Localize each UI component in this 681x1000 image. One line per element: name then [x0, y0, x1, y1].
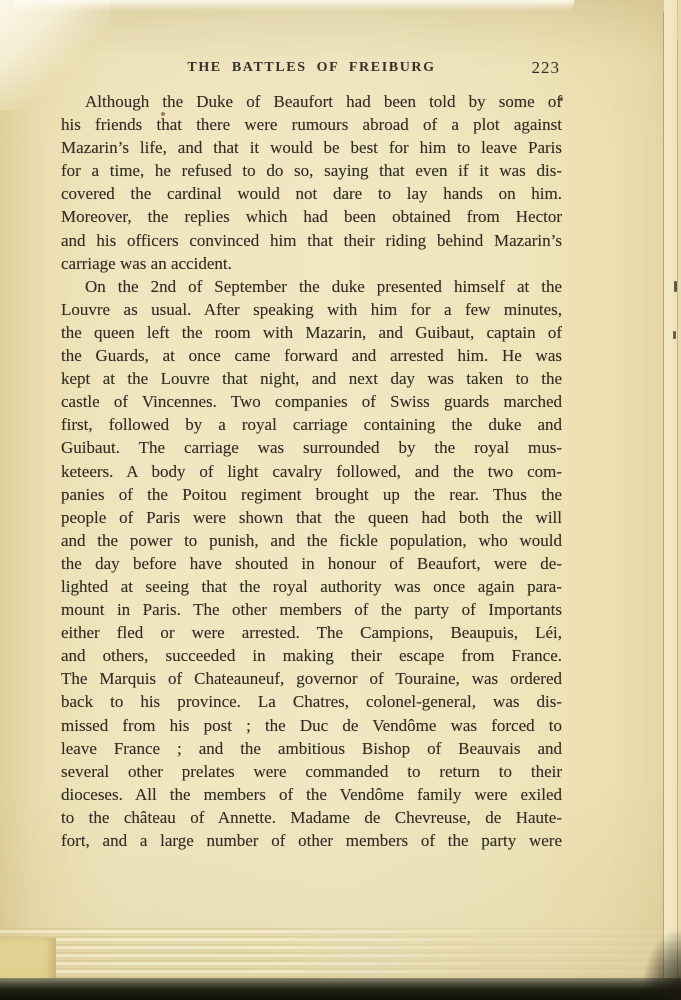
text-line: carriage was an accident.: [61, 252, 562, 275]
text-line: people of Paris were shown that the quee…: [61, 506, 562, 529]
text-line: Guibaut. The carriage was surrounded by …: [61, 436, 562, 459]
text-line: panies of the Poitou regiment brought up…: [61, 483, 562, 506]
text-line: The Marquis of Chateauneuf, governor of …: [61, 667, 562, 690]
text-line: kept at the Louvre that night, and next …: [61, 367, 562, 390]
text-line: On the 2nd of September the duke present…: [61, 275, 562, 298]
page-right-edge-line: [663, 12, 664, 982]
text-line: first, followed by a royal carriage cont…: [61, 413, 562, 436]
text-line: Moreover, the replies which had been obt…: [61, 205, 562, 228]
text-line: lighted at seeing that the royal authori…: [61, 575, 562, 598]
text-line: either fled or were arrested. The Campio…: [61, 621, 562, 644]
text-line: leave France ; and the ambitious Bishop …: [61, 737, 562, 760]
page-header: THE BATTLES OF FREIBURG 223: [61, 60, 562, 80]
text-line: several other prelates were commanded to…: [61, 760, 562, 783]
text-line: to the château of Annette. Madame de Che…: [61, 806, 562, 829]
text-line: and his officers convinced him that thei…: [61, 229, 562, 252]
running-title: THE BATTLES OF FREIBURG: [61, 60, 562, 76]
text-line: mount in Paris. The other members of the…: [61, 598, 562, 621]
body-text: Although the Duke of Beaufort had been t…: [61, 90, 562, 852]
scanned-book-page: THE BATTLES OF FREIBURG 223 Although the…: [0, 0, 681, 1000]
text-line: dioceses. All the members of the Vendôme…: [61, 783, 562, 806]
page-top-edge-highlight: [14, 0, 574, 11]
text-line: fort, and a large number of other member…: [61, 829, 562, 852]
text-line: the Guards, at once came forward and arr…: [61, 344, 562, 367]
text-line: his friends that there were rumours abro…: [61, 113, 562, 136]
margin-mark: [674, 281, 677, 292]
page-right-edge-strip: [664, 0, 677, 988]
text-line: the queen left the room with Mazarin, an…: [61, 321, 562, 344]
text-line: Louvre as usual. After speaking with him…: [61, 298, 562, 321]
text-line: back to his province. La Chatres, colone…: [61, 690, 562, 713]
text-line: Although the Duke of Beaufort had been t…: [61, 90, 562, 113]
book-cover-edge: [0, 978, 681, 1000]
text-line: Mazarin’s life, and that it would be bes…: [61, 136, 562, 159]
text-line: and others, succeeded in making their es…: [61, 644, 562, 667]
text-line: covered the cardinal would not dare to l…: [61, 182, 562, 205]
text-line: the day before have shouted in honour of…: [61, 552, 562, 575]
text-line: missed from his post ; the Duc de Vendôm…: [61, 714, 562, 737]
margin-mark: [673, 331, 676, 339]
text-line: for a time, he refused to do so, saying …: [61, 159, 562, 182]
page-curl-shadow: [641, 930, 681, 1000]
text-line: and the power to punish, and the fickle …: [61, 529, 562, 552]
text-line: castle of Vincennes. Two companies of Sw…: [61, 390, 562, 413]
text-line: keteers. A body of light cavalry followe…: [61, 460, 562, 483]
page-number: 223: [532, 58, 561, 78]
